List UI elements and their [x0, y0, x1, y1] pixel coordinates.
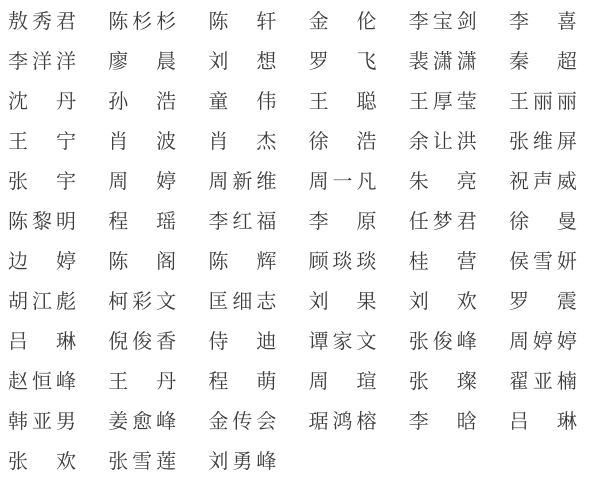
person-name: 徐曼	[509, 202, 577, 242]
person-name: 王宁	[8, 122, 76, 162]
person-name: 陈黎明	[8, 202, 76, 242]
person-name: 刘勇峰	[208, 442, 276, 482]
person-name: 童伟	[208, 82, 276, 122]
person-name: 谭家文	[309, 322, 377, 362]
person-name: 侯雪妍	[509, 242, 577, 282]
person-name: 王丽丽	[509, 82, 577, 122]
name-grid: 敖秀君陈杉杉陈轩金伦李宝剑李喜李洋洋廖晨刘想罗飞裴潇潇秦超沈丹孙浩童伟王聪王厚莹…	[0, 0, 599, 482]
person-name: 周瑄	[309, 362, 377, 402]
person-name: 李洋洋	[8, 42, 76, 82]
person-name: 韩亚男	[8, 402, 76, 442]
person-name: 程萌	[208, 362, 276, 402]
person-name: 周一凡	[309, 162, 377, 202]
person-name: 李宝剑	[409, 2, 477, 42]
person-name: 吕琳	[8, 322, 76, 362]
person-name: 李红福	[208, 202, 276, 242]
person-name: 赵恒峰	[8, 362, 76, 402]
person-name: 裴潇潇	[409, 42, 477, 82]
person-name: 周婷婷	[509, 322, 577, 362]
person-name: 秦超	[509, 42, 577, 82]
person-name: 边婷	[8, 242, 76, 282]
person-name: 吕琳	[509, 402, 577, 442]
person-name: 张璨	[409, 362, 477, 402]
person-name: 王厚莹	[409, 82, 477, 122]
person-name: 陈阁	[108, 242, 176, 282]
person-name: 匡细志	[208, 282, 276, 322]
person-name: 琚鸿榕	[309, 402, 377, 442]
person-name: 陈辉	[208, 242, 276, 282]
person-name: 沈丹	[8, 82, 76, 122]
person-name: 倪俊香	[108, 322, 176, 362]
person-name: 李喜	[509, 2, 577, 42]
person-name: 廖晨	[108, 42, 176, 82]
person-name: 肖杰	[208, 122, 276, 162]
person-name: 周婷	[108, 162, 176, 202]
person-name: 张欢	[8, 442, 76, 482]
person-name: 余让洪	[409, 122, 477, 162]
person-name: 金传会	[208, 402, 276, 442]
person-name: 王聪	[309, 82, 377, 122]
person-name: 张维屏	[509, 122, 577, 162]
person-name: 罗飞	[309, 42, 377, 82]
person-name: 李晗	[409, 402, 477, 442]
person-name: 孙浩	[108, 82, 176, 122]
person-name: 徐浩	[309, 122, 377, 162]
person-name: 程瑶	[108, 202, 176, 242]
person-name: 李原	[309, 202, 377, 242]
person-name: 侍迪	[208, 322, 276, 362]
person-name: 朱亮	[409, 162, 477, 202]
person-name: 胡江彪	[8, 282, 76, 322]
person-name: 刘欢	[409, 282, 477, 322]
person-name: 陈轩	[208, 2, 276, 42]
person-name: 周新维	[208, 162, 276, 202]
person-name: 张俊峰	[409, 322, 477, 362]
person-name: 桂营	[409, 242, 477, 282]
person-name: 姜愈峰	[108, 402, 176, 442]
person-name: 王丹	[108, 362, 176, 402]
person-name: 任梦君	[409, 202, 477, 242]
person-name: 翟亚楠	[509, 362, 577, 402]
person-name: 刘想	[208, 42, 276, 82]
person-name: 陈杉杉	[108, 2, 176, 42]
person-name: 张宇	[8, 162, 76, 202]
person-name: 刘果	[309, 282, 377, 322]
person-name: 敖秀君	[8, 2, 76, 42]
person-name: 肖波	[108, 122, 176, 162]
person-name: 罗震	[509, 282, 577, 322]
person-name: 金伦	[309, 2, 377, 42]
person-name: 柯彩文	[108, 282, 176, 322]
person-name: 张雪莲	[108, 442, 176, 482]
person-name: 顾琰琰	[309, 242, 377, 282]
person-name: 祝声威	[509, 162, 577, 202]
